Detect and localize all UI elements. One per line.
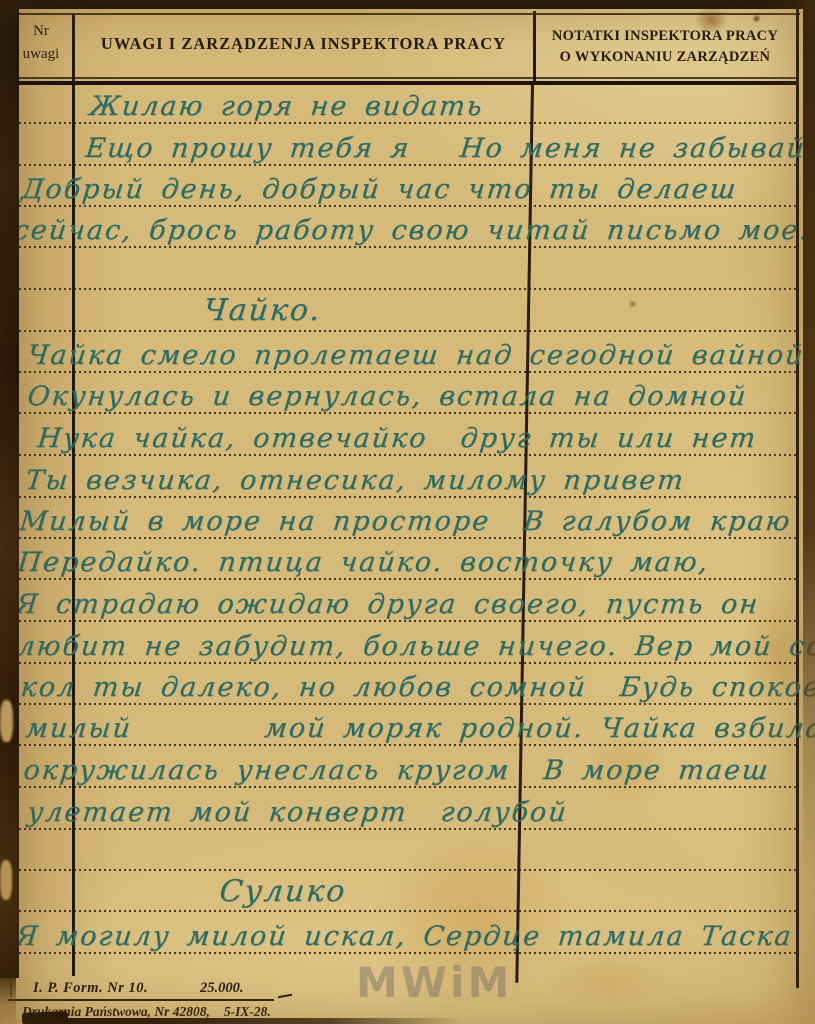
paper-stain [752, 14, 761, 23]
footer-rule-dash [278, 994, 292, 998]
ruled-line [14, 164, 797, 166]
table-top-inner-border [9, 13, 800, 15]
ruled-line [14, 952, 797, 954]
handwriting-line: Милый в море на просторе В галубом краю [18, 507, 793, 537]
nr-label-line1: Nr [10, 20, 72, 43]
ruled-line [14, 703, 797, 705]
ruled-line [14, 828, 797, 830]
notatki-label-line1: NOTATKI INSPEKTORA PRACY [536, 26, 794, 47]
ruled-line [14, 620, 797, 622]
ruled-line [14, 288, 797, 290]
print-run: 25.000. [200, 980, 244, 997]
binding-edge-bottom [0, 978, 16, 1024]
header-bottom-border-thick [10, 81, 798, 85]
form-number: I. P. Form. Nr 10. [33, 980, 148, 997]
handwriting-line: Я могилу милой искал, Сердце тамила Таск… [14, 922, 794, 952]
ruled-line [14, 330, 797, 332]
ruled-line [14, 371, 797, 373]
notatki-label-line2: O WYKONANIU ZARZĄDZEŃ [536, 47, 794, 68]
header-cell-nr: Nr uwagi [10, 20, 72, 66]
paper-stain [540, 950, 670, 1010]
song-title-suliko: Сулико [218, 877, 348, 907]
scanned-inspection-book-page: Nr uwagi UWAGI I ZARZĄDZENJA INSPEKTORA … [0, 0, 815, 1024]
table-top-border [0, 0, 815, 9]
handwriting-line: Нука чайка, отвечайко друг ты или нет [36, 424, 759, 454]
ruled-line [14, 412, 797, 414]
handwriting-line: милый мой моряк родной. Чайка взбилась [24, 714, 815, 744]
handwriting-line: -кол ты далеко, но любов сомной Будь спо… [8, 673, 815, 703]
binding-gap [0, 860, 12, 900]
page-edge-shadow [803, 0, 815, 880]
binding-gap [0, 700, 13, 742]
handwriting-line: Жилаю горя не видать [88, 92, 485, 122]
ruled-line [14, 496, 797, 498]
bottom-edge-shadow [24, 1018, 464, 1024]
footer-rule [8, 999, 274, 1001]
archive-watermark: MWiM [356, 958, 512, 1007]
ruled-line [14, 910, 797, 912]
handwriting-line: любит не забудит, больше ничего. Вер мой… [16, 632, 815, 662]
handwriting-line: Ты везчика, отнесика, милому привет [24, 466, 686, 496]
header-bottom-border-thin [10, 77, 798, 79]
ruled-line [14, 786, 797, 788]
ruled-line [14, 205, 797, 207]
header-cell-notatki: NOTATKI INSPEKTORA PRACY O WYKONANIU ZAR… [536, 26, 794, 68]
handwriting-line: Окунулась и вернулась, встала на домной [26, 382, 749, 412]
bottom-edge-shadow [22, 1011, 68, 1024]
ruled-line [14, 537, 797, 539]
ruled-line [14, 122, 797, 124]
header-cell-uwagi: UWAGI I ZARZĄDZENJA INSPEKTORA PRACY [76, 34, 531, 54]
print-date: 5-IX-28. [224, 1004, 271, 1019]
handwriting-line: окружилась унеслась кругом В море таеш [22, 756, 771, 786]
handwriting-line: Передайко. птица чайко. восточку маю, [16, 548, 711, 578]
handwriting-line: улетает мой конверт голубой [26, 798, 569, 828]
nr-label-line2: uwagi [10, 43, 72, 66]
handwriting-line: Чайка смело пролетаеш над сегодной вайно… [26, 341, 806, 371]
song-title-chaika: Чайко. [202, 296, 323, 326]
binding-edge [0, 0, 19, 978]
ruled-line [14, 454, 797, 456]
ruled-line [14, 869, 797, 871]
ruled-line [14, 744, 797, 746]
handwriting-line: Я страдаю ожидаю друга своего, пусть он [14, 590, 761, 620]
ink-spot [628, 300, 637, 308]
handwriting-line: Добрый день, добрый час что ты делаеш [20, 175, 739, 205]
ruled-line [14, 662, 797, 664]
ruled-line [14, 578, 797, 580]
handwriting-line: сейчас, брось работу свою читай письмо м… [12, 216, 812, 246]
ruled-line [14, 246, 797, 248]
handwriting-line: Ещо прошу тебя я Но меня не забывай. [84, 134, 815, 164]
